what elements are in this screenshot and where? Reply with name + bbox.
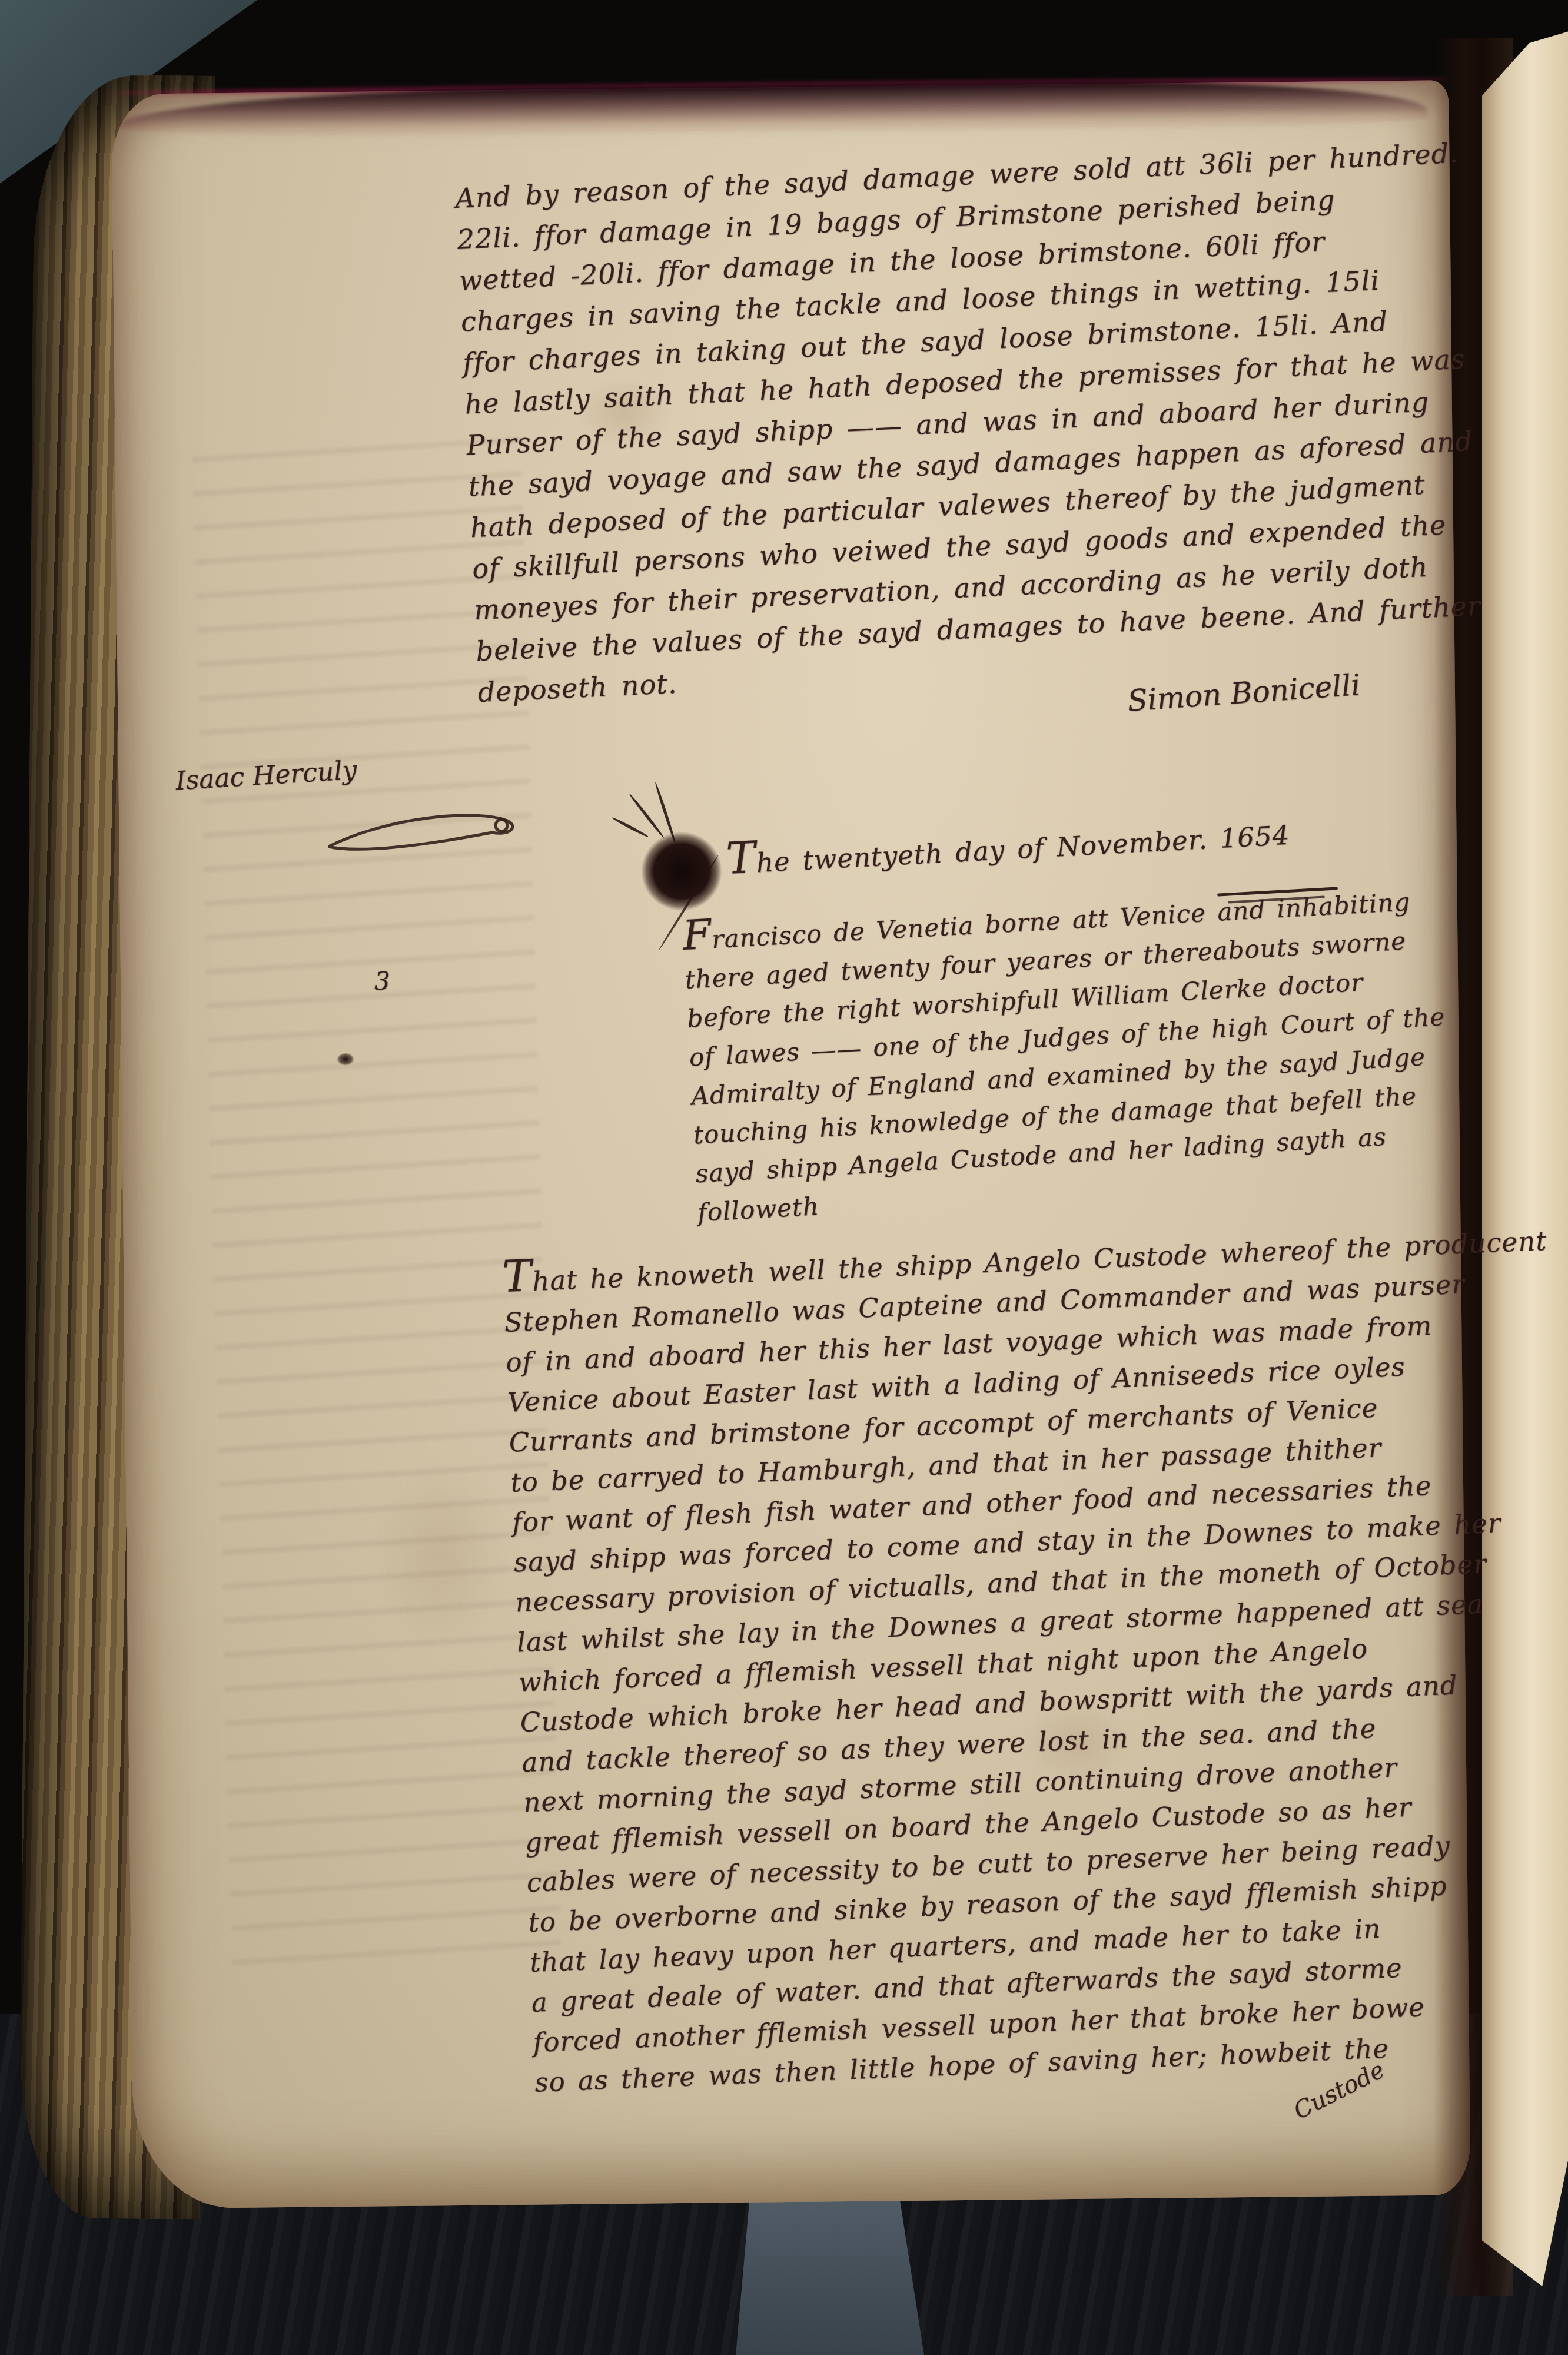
deposition-preamble: Francisco de Venetia borne att Venice an… [682, 874, 1469, 1232]
facing-page [1482, 22, 1568, 2309]
folio-number: 3 [374, 967, 390, 996]
signature-flourish [325, 805, 525, 862]
testimony-paragraph: That he knoweth well the shipp Angelo Cu… [501, 1217, 1494, 2103]
paper-stain [353, 1431, 530, 1678]
deposition-end-paragraph: And by reason of the sayd damage were so… [454, 133, 1467, 713]
manuscript-photo: And by reason of the sayd damage were so… [0, 0, 1568, 2355]
page-top-shadow [116, 78, 1427, 141]
